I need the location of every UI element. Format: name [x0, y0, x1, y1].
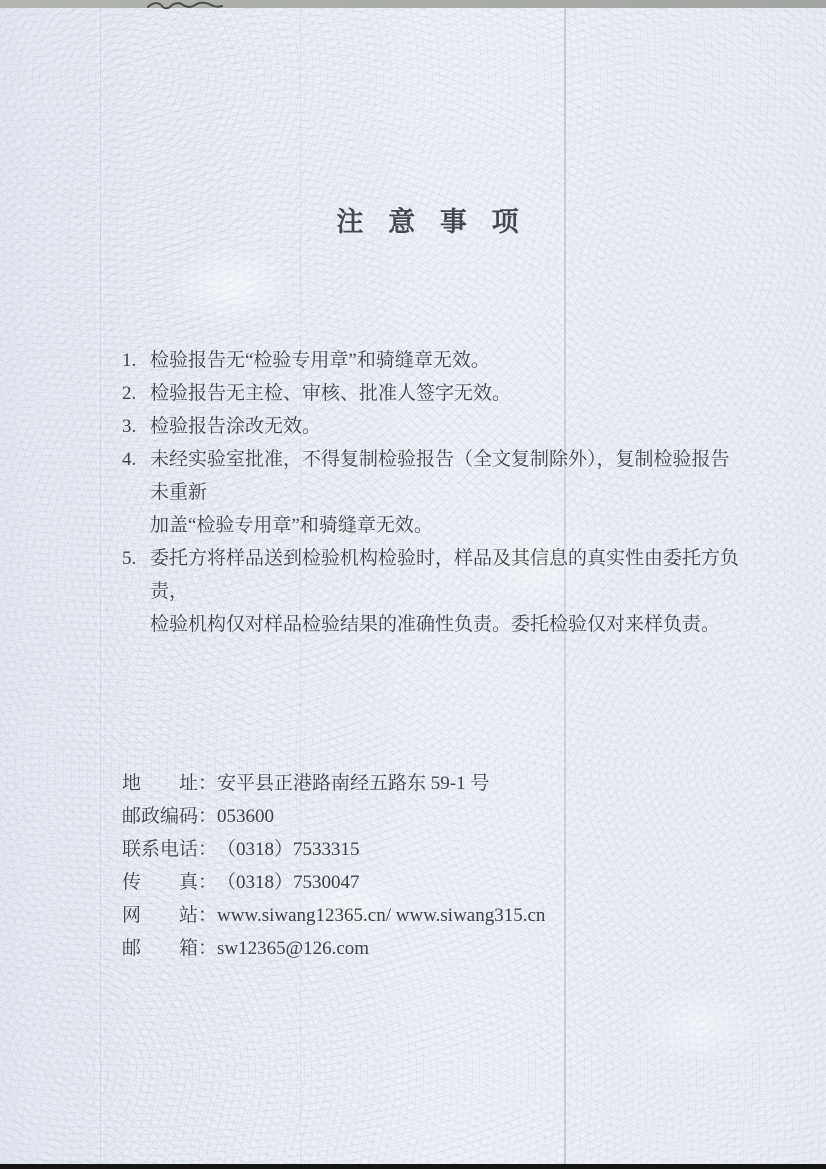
note-item-5: 5. 委托方将样品送到检验机构检验时，样品及其信息的真实性由委托方负责，检验机构… [122, 542, 742, 641]
note-text: 检验报告涂改无效。 [150, 410, 742, 443]
fold-crease-left [100, 8, 101, 1164]
page-title: 注 意 事 项 [0, 200, 826, 239]
note-number: 2. [122, 377, 150, 410]
scan-edge-bottom [0, 1164, 826, 1169]
notice-page: 注 意 事 项 1. 检验报告无“检验专用章”和骑缝章无效。 2. 检验报告无主… [0, 8, 826, 1164]
contact-label: 传 真： [122, 866, 217, 899]
contact-label: 邮政编码： [122, 800, 217, 833]
scanned-document: 注 意 事 项 1. 检验报告无“检验专用章”和骑缝章无效。 2. 检验报告无主… [0, 0, 826, 1169]
contact-value: （0318）7530047 [217, 866, 360, 899]
contact-value: www.siwang12365.cn/ www.siwang315.cn [217, 899, 545, 932]
page-title-text: 注 意 事 项 [336, 200, 527, 239]
contact-value: （0318）7533315 [217, 833, 360, 866]
contact-label: 地 址： [122, 767, 217, 800]
notes-list: 1. 检验报告无“检验专用章”和骑缝章无效。 2. 检验报告无主检、审核、批准人… [122, 344, 742, 641]
contact-value: sw12365@126.com [217, 932, 369, 965]
contact-row-postcode: 邮政编码：053600 [122, 800, 742, 833]
note-item-4: 4. 未经实验室批准，不得复制检验报告（全文复制除外），复制检验报告未重新加盖“… [122, 443, 742, 542]
contact-label: 网 站： [122, 899, 217, 932]
note-number: 5. [122, 542, 150, 575]
contact-row-website: 网 站：www.siwang12365.cn/ www.siwang315.cn [122, 899, 742, 932]
contact-row-email: 邮 箱：sw12365@126.com [122, 932, 742, 965]
contact-block: 地 址：安平县正港路南经五路东 59-1 号 邮政编码：053600 联系电话：… [122, 767, 742, 965]
note-number: 1. [122, 344, 150, 377]
note-item-3: 3. 检验报告涂改无效。 [122, 410, 742, 443]
contact-row-fax: 传 真：（0318）7530047 [122, 866, 742, 899]
note-number: 4. [122, 443, 150, 476]
scan-edge-top [0, 0, 826, 8]
note-text: 未经实验室批准，不得复制检验报告（全文复制除外），复制检验报告未重新加盖“检验专… [150, 443, 742, 542]
note-number: 3. [122, 410, 150, 443]
contact-row-phone: 联系电话：（0318）7533315 [122, 833, 742, 866]
contact-label: 联系电话： [122, 833, 217, 866]
contact-value: 安平县正港路南经五路东 59-1 号 [217, 767, 489, 800]
note-text: 检验报告无主检、审核、批准人签字无效。 [150, 377, 742, 410]
note-text: 检验报告无“检验专用章”和骑缝章无效。 [150, 344, 742, 377]
note-text: 委托方将样品送到检验机构检验时，样品及其信息的真实性由委托方负责，检验机构仅对样… [150, 542, 742, 641]
ink-scribble-mark [146, 0, 224, 12]
note-item-2: 2. 检验报告无主检、审核、批准人签字无效。 [122, 377, 742, 410]
contact-value: 053600 [217, 800, 274, 833]
note-item-1: 1. 检验报告无“检验专用章”和骑缝章无效。 [122, 344, 742, 377]
contact-row-address: 地 址：安平县正港路南经五路东 59-1 号 [122, 767, 742, 800]
contact-label: 邮 箱： [122, 932, 217, 965]
